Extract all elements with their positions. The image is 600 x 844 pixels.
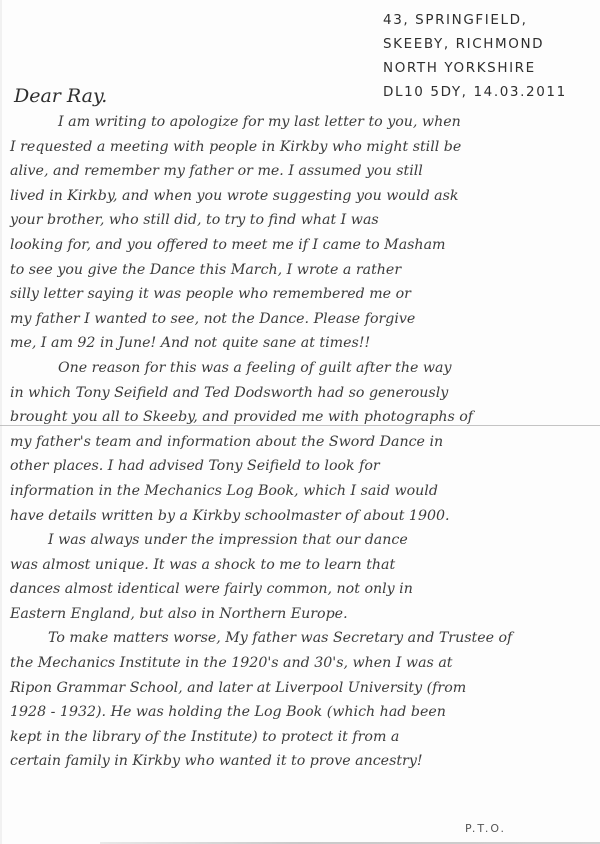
please-turn-over-note: P.T.O. xyxy=(465,822,506,835)
letter-line: Eastern England, but also in Northern Eu… xyxy=(10,602,595,627)
letter-line: your brother, who still did, to try to f… xyxy=(10,208,595,233)
letter-line: silly letter saying it was people who re… xyxy=(10,282,595,307)
address-line: NORTH YORKSHIRE xyxy=(383,56,593,80)
letter-line: in which Tony Seifield and Ted Dodsworth… xyxy=(10,381,595,406)
letter-line: To make matters worse, My father was Sec… xyxy=(10,626,595,651)
address-date-line: DL10 5DY, 14.03.2011 xyxy=(383,80,593,104)
letter-line: other places. I had advised Tony Seifiel… xyxy=(10,454,595,479)
letter-line: my father's team and information about t… xyxy=(10,430,595,455)
sender-address: 43, SPRINGFIELD, SKEEBY, RICHMOND NORTH … xyxy=(383,8,593,104)
letter-line: have details written by a Kirkby schoolm… xyxy=(10,504,595,529)
scanned-letter-page: 43, SPRINGFIELD, SKEEBY, RICHMOND NORTH … xyxy=(0,0,600,844)
letter-line: 1928 - 1932). He was holding the Log Boo… xyxy=(10,700,595,725)
address-line: 43, SPRINGFIELD, xyxy=(383,8,593,32)
letter-line: kept in the library of the Institute) to… xyxy=(10,725,595,750)
letter-line: I was always under the impression that o… xyxy=(10,528,595,553)
letter-line: to see you give the Dance this March, I … xyxy=(10,258,595,283)
letter-body: I am writing to apologize for my last le… xyxy=(10,110,595,774)
letter-line: my father I wanted to see, not the Dance… xyxy=(10,307,595,332)
letter-line: looking for, and you offered to meet me … xyxy=(10,233,595,258)
scan-edge-left xyxy=(0,0,2,844)
address-line: SKEEBY, RICHMOND xyxy=(383,32,593,56)
letter-line: information in the Mechanics Log Book, w… xyxy=(10,479,595,504)
letter-line: I requested a meeting with people in Kir… xyxy=(10,135,595,160)
letter-line: me, I am 92 in June! And not quite sane … xyxy=(10,331,595,356)
letter-line: One reason for this was a feeling of gui… xyxy=(10,356,595,381)
letter-line: I am writing to apologize for my last le… xyxy=(10,110,595,135)
salutation: Dear Ray. xyxy=(14,85,107,107)
scan-fold-line xyxy=(0,425,600,426)
letter-line: dances almost identical were fairly comm… xyxy=(10,577,595,602)
letter-line: alive, and remember my father or me. I a… xyxy=(10,159,595,184)
letter-line: certain family in Kirkby who wanted it t… xyxy=(10,749,595,774)
letter-line: Ripon Grammar School, and later at Liver… xyxy=(10,676,595,701)
letter-line: was almost unique. It was a shock to me … xyxy=(10,553,595,578)
letter-line: the Mechanics Institute in the 1920's an… xyxy=(10,651,595,676)
letter-line: lived in Kirkby, and when you wrote sugg… xyxy=(10,184,595,209)
letter-line: brought you all to Skeeby, and provided … xyxy=(10,405,595,430)
